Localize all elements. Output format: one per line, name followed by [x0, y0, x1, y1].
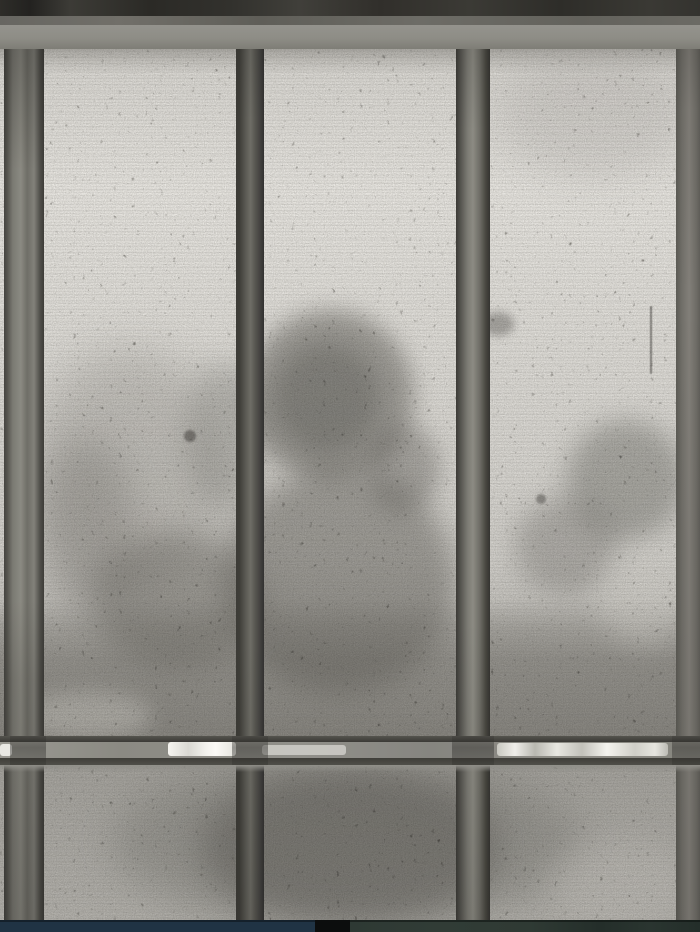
mid-rail-highlight-right [497, 743, 668, 756]
window-photo [0, 0, 700, 932]
mid-rail [0, 736, 700, 772]
mid-rail-crossing-frame-edge [672, 736, 700, 765]
mid-rail-highlight-left [168, 742, 236, 756]
top-rail-mid-edge [0, 16, 700, 25]
mid-rail-crossing-right [452, 736, 494, 765]
sill-segment-green [350, 920, 700, 932]
mid-rail-bottom-edge [0, 758, 700, 765]
top-rail-face [0, 25, 700, 49]
mid-rail-crossing-left [10, 736, 46, 765]
sill-segment-navy [0, 920, 315, 932]
bottom-sill-strip [0, 920, 700, 932]
sill-segment-black [315, 920, 350, 932]
mid-rail-face [0, 742, 700, 758]
mid-rail-highlight-center [262, 745, 346, 755]
center-muntin [236, 0, 264, 920]
top-rail-dark-edge [0, 0, 700, 16]
dirt-speckle-texture [0, 0, 700, 920]
right-muntin [456, 0, 490, 920]
fine-grain-rect [0, 0, 700, 920]
mid-rail-seam [0, 765, 700, 772]
left-muntin [4, 0, 44, 920]
right-frame-edge [676, 0, 700, 920]
mid-rail-crossing-center [232, 736, 268, 765]
